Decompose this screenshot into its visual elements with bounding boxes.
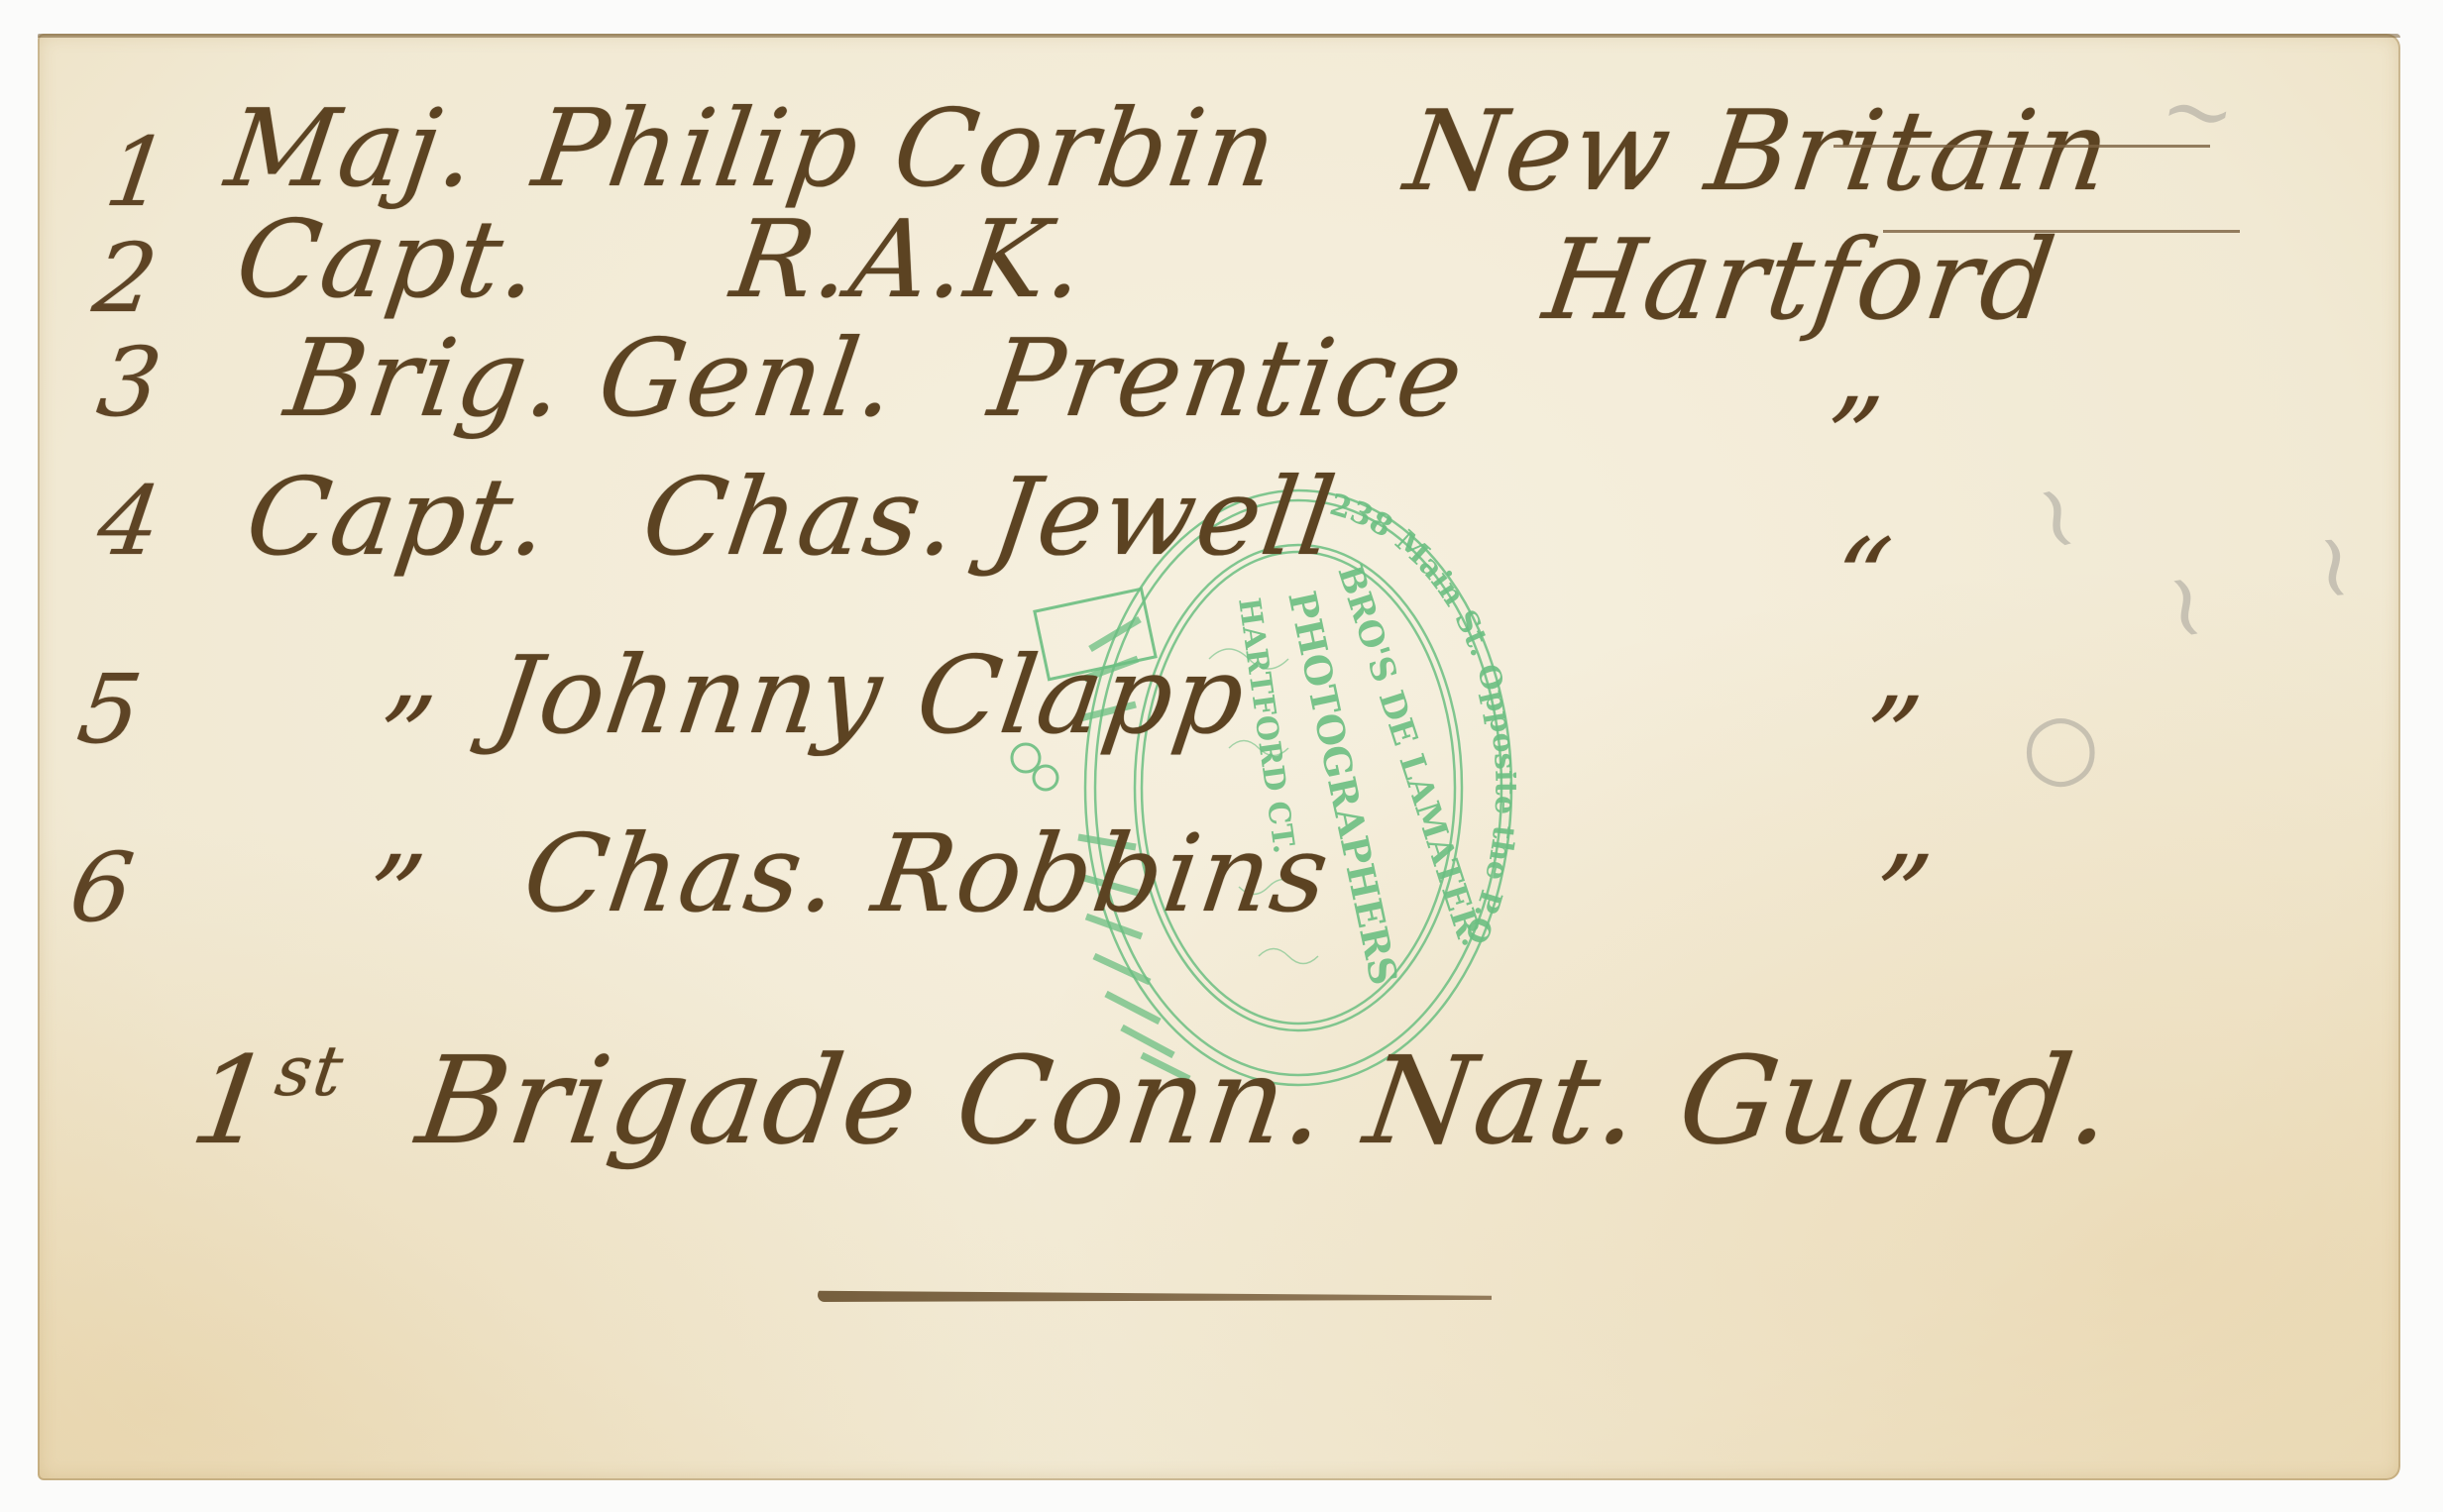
entry-name: Prentice [982, 317, 1472, 441]
pencil-circle-mark: ○ [2022, 694, 2100, 798]
entry-place: Hartford [1537, 216, 2063, 345]
entry-rank: Capt. [239, 456, 557, 580]
ordinal-suffix: st [271, 1030, 350, 1112]
entry-rank: Brig. Genl. [278, 317, 905, 441]
entry-rank: Capt. [229, 198, 547, 322]
unit-designation: 1st Brigade Conn. Nat. Guard. [183, 1030, 2123, 1171]
card-edge [38, 34, 2400, 38]
pencil-mark: ~ [2281, 525, 2391, 608]
t-crossbar [1883, 230, 2240, 233]
entry-name: Chas. Jewell [635, 456, 1344, 580]
entry-rank: Maj. [219, 87, 485, 211]
unit-text: Brigade Conn. Nat. Guard. [409, 1030, 2122, 1171]
entry-name: Johnny Clapp [487, 634, 1254, 758]
entry-place: New Britain [1398, 87, 2119, 216]
entry-name: Chas. Robbins [516, 812, 1337, 936]
entry-name: R.A.K. [724, 198, 1094, 322]
entry-name: Philip Corbin [526, 87, 1284, 211]
